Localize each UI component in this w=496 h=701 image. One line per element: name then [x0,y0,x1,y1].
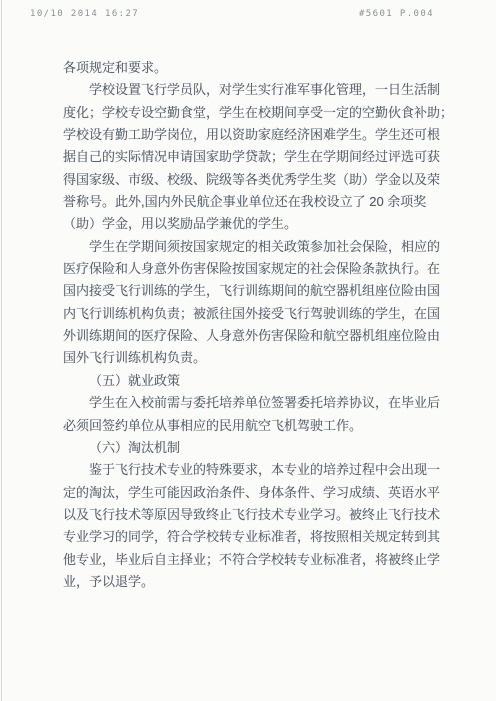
text-line: 国外飞行训练机构负责。 [63,347,441,369]
text-line: 誉称号。此外,国内外民航企事业单位还在我校设立了 20 余项奖 [63,191,441,213]
text-line: 度化；学校专设空勤食堂，学生在校期间享受一定的空勤伙食补助； [63,102,441,124]
text-line: 学生在入校前需与委托培养单位签署委托培养协议，在毕业后 [63,392,441,414]
text-line: 鉴于飞行技术专业的特殊要求，本专业的培养过程中会出现一 [63,459,441,481]
document-body: 各项规定和要求。学校设置飞行学员队，对学生实行准军事化管理，一日生活制度化；学校… [63,57,441,593]
text-line: 国内接受飞行训练的学生，飞行训练期间的航空器机组座位险由国 [63,280,441,302]
text-line: 得国家级、市级、校级、院级等各类优秀学生奖（助）学金以及荣 [63,169,441,191]
fax-page-number: #5601 P.004 [359,9,434,19]
text-line: 各项规定和要求。 [63,57,441,79]
text-line: 专业学习的同学，符合学校转专业标准者，将按照相关规定转到其 [63,526,441,548]
text-line: 以及飞行技术等原因导致终止飞行技术专业学习。被终止飞行技术 [63,504,441,526]
fax-page: 10/10 2014 16:27 #5601 P.004 各项规定和要求。学校设… [0,0,496,701]
text-line: 外训练期间的医疗保险、人身意外伤害保险和航空器机组座位险由 [63,325,441,347]
text-line: （五）就业政策 [63,370,441,392]
text-line: 据自己的实际情况申请国家助学贷款；学生在学期间经过评选可获 [63,146,441,168]
text-line: （六）淘汰机制 [63,437,441,459]
text-line: 定的淘汰，学生可能因政治条件、身体条件、学习成绩、英语水平 [63,482,441,504]
text-line: 必须回签约单位从事相应的民用航空飞机驾驶工作。 [63,415,441,437]
text-line: 学校设有勤工助学岗位，用以资助家庭经济困难学生。学生还可根 [63,124,441,146]
text-line: 医疗保险和人身意外伤害保险按国家规定的社会保险条款执行。在 [63,258,441,280]
text-line: 学校设置飞行学员队，对学生实行准军事化管理，一日生活制 [63,79,441,101]
fax-timestamp: 10/10 2014 16:27 [30,9,139,19]
text-line: 学生在学期间须按国家规定的相关政策参加社会保险，相应的 [63,236,441,258]
text-line: （助）学金，用以奖励品学兼优的学生。 [63,213,441,235]
text-line: 内飞行训练机构负责；被派往国外接受飞行驾驶训练的学生，在国 [63,303,441,325]
scan-edge-artifact [1,0,2,701]
text-line: 业，予以退学。 [63,571,441,593]
text-line: 他专业，毕业后自主择业；不符合学校转专业标准者，将被终止学 [63,549,441,571]
